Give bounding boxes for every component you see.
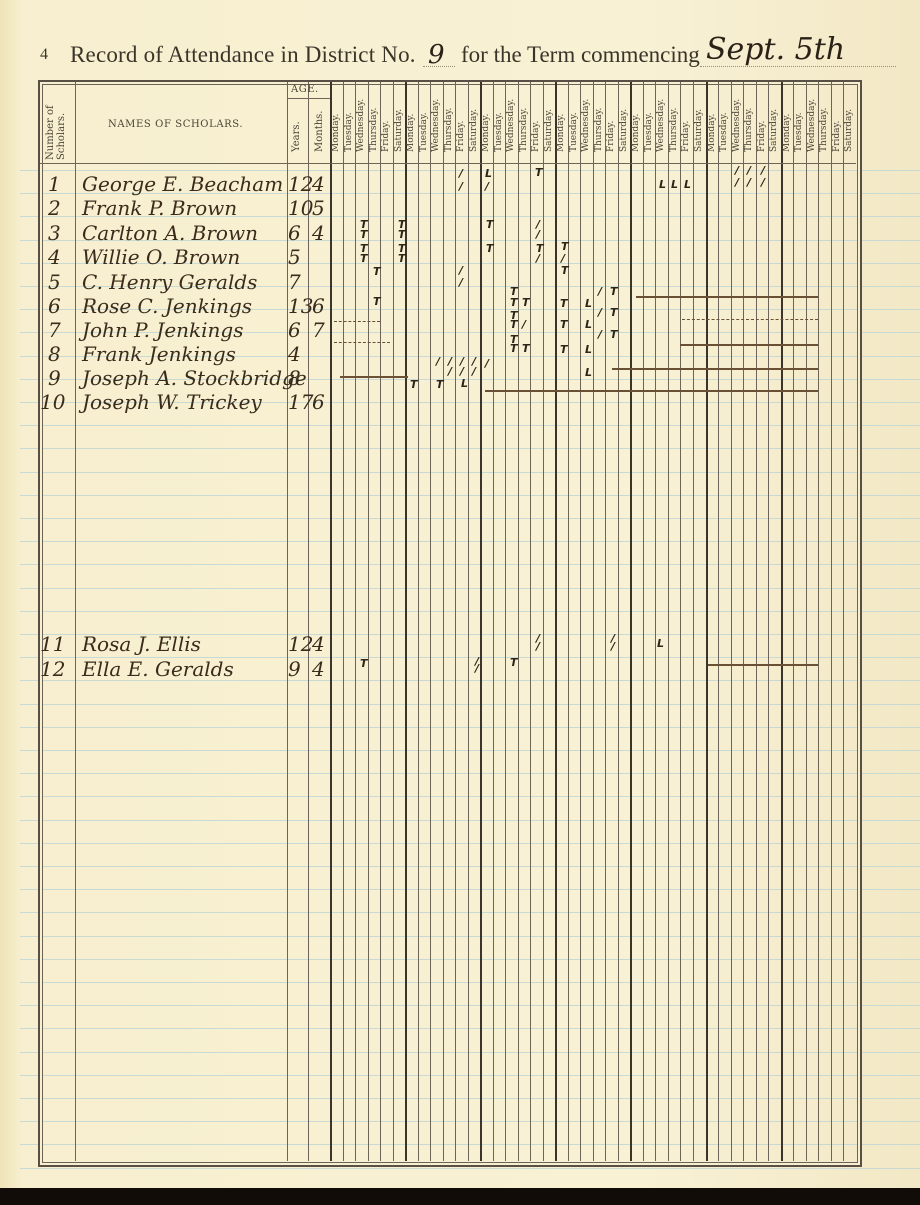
attendance-mark: L [585, 343, 592, 356]
age-months: 4 [312, 172, 325, 196]
age-years: 9 [288, 657, 301, 681]
day-column-divider [343, 82, 344, 1161]
scholar-name: George E. Beacham [82, 172, 283, 196]
scholar-name: Frank P. Brown [82, 196, 237, 220]
day-header-monday: Monday. [331, 114, 341, 152]
scholar-number: 4 [48, 245, 61, 269]
day-column-divider [393, 82, 394, 1161]
day-header-saturday: Saturday. [469, 109, 479, 152]
withdrawal-dashed-line [334, 321, 380, 322]
attendance-mark: T [486, 242, 494, 255]
ledger-page: 4 Record of Attendance in District No. 9… [0, 0, 920, 1188]
day-column-divider [418, 82, 419, 1161]
age-months: 4 [312, 632, 325, 656]
day-column-divider [781, 82, 783, 1161]
day-column-divider [743, 82, 744, 1161]
record-title: Record of Attendance in District No. [70, 42, 416, 68]
scholar-number: 3 [48, 221, 61, 245]
day-column-divider [505, 82, 506, 1161]
day-header-tuesday: Tuesday. [794, 112, 804, 152]
age-underline [287, 98, 330, 99]
day-header-tuesday: Tuesday. [344, 112, 354, 152]
day-column-divider [618, 82, 619, 1161]
day-header-wednesday: Wednesday. [581, 99, 591, 152]
day-column-divider [518, 82, 519, 1161]
scholar-number: 8 [48, 342, 61, 366]
attendance-mark: / [459, 167, 463, 180]
district-number: 9 [428, 40, 445, 70]
scholar-name: John P. Jenkings [82, 318, 244, 342]
attendance-mark: T [560, 318, 568, 331]
attendance-mark: / [598, 285, 602, 298]
scholar-number: 1 [48, 172, 61, 196]
attendance-mark: L [585, 297, 592, 310]
day-header-friday: Friday. [681, 121, 691, 152]
day-header-tuesday: Tuesday. [419, 112, 429, 152]
age-years: 10 [288, 196, 313, 220]
attendance-mark: T [510, 342, 518, 355]
attendance-mark: L [461, 377, 468, 390]
attendance-mark: / [475, 662, 479, 675]
attendance-mark: / [598, 328, 602, 341]
scholar-name: Joseph A. Stockbridge [82, 366, 307, 390]
age-years: 8 [288, 366, 301, 390]
day-header-wednesday: Wednesday. [356, 99, 366, 152]
day-header-wednesday: Wednesday. [732, 99, 742, 152]
withdrawal-line [708, 664, 818, 666]
attendance-mark: L [585, 318, 592, 331]
day-column-divider [693, 82, 694, 1161]
attendance-mark: L [671, 178, 678, 191]
day-header-monday: Monday. [707, 114, 717, 152]
page-header: 4 Record of Attendance in District No. 9… [38, 42, 898, 72]
names-of-scholars-header: NAMES OF SCHOLARS. [108, 119, 243, 130]
scholar-row: 11Rosa J. Ellis124 [0, 632, 330, 656]
day-column-divider [530, 82, 531, 1161]
age-years: 6 [288, 318, 301, 342]
attendance-mark: T [610, 285, 618, 298]
day-header-saturday: Saturday. [394, 109, 404, 152]
day-column-divider [455, 82, 456, 1161]
withdrawal-dashed-line [334, 342, 390, 343]
day-column-divider [818, 82, 819, 1161]
day-column-divider [831, 82, 832, 1161]
day-header-thursday: Thursday. [444, 108, 454, 152]
attendance-mark: L [659, 178, 666, 191]
scholar-row: 10Joseph W. Trickey176 [0, 390, 330, 414]
scholar-name: Rose C. Jenkings [82, 294, 252, 318]
attendance-mark: T [510, 656, 518, 669]
scholar-row: 8Frank Jenkings4 [0, 342, 330, 366]
attendance-mark: / [436, 355, 440, 368]
day-column-divider [605, 82, 606, 1161]
attendance-mark: / [735, 176, 739, 189]
attendance-mark: T [510, 318, 518, 331]
attendance-mark: / [485, 357, 489, 370]
day-header-tuesday: Tuesday. [569, 112, 579, 152]
day-column-divider [480, 82, 482, 1161]
day-column-divider [793, 82, 794, 1161]
scholar-name: Willie O. Brown [82, 245, 240, 269]
age-months: 7 [312, 318, 325, 342]
attendance-mark: T [410, 378, 418, 391]
day-header-wednesday: Wednesday. [431, 99, 441, 152]
day-column-divider [731, 82, 732, 1161]
day-column-divider [706, 82, 708, 1161]
day-header-monday: Monday. [481, 114, 491, 152]
day-header-friday: Friday. [456, 121, 466, 152]
years-header: Years. [291, 121, 302, 152]
attendance-mark: T [398, 252, 406, 265]
attendance-mark: / [448, 365, 452, 378]
attendance-mark: / [485, 180, 489, 193]
day-column-divider [593, 82, 594, 1161]
day-column-divider [580, 82, 581, 1161]
day-header-thursday: Thursday. [819, 108, 829, 152]
withdrawal-line [636, 296, 818, 298]
day-header-wednesday: Wednesday. [807, 99, 817, 152]
attendance-mark: T [610, 328, 618, 341]
scholar-number: 6 [48, 294, 61, 318]
attendance-mark: T [561, 264, 569, 277]
day-header-wednesday: Wednesday. [506, 99, 516, 152]
scholar-number: 12 [40, 657, 65, 681]
page-number: 4 [40, 46, 48, 64]
scholar-name: Ella E. Geralds [82, 657, 234, 681]
day-column-divider [806, 82, 807, 1161]
day-header-saturday: Saturday. [769, 109, 779, 152]
day-column-divider [380, 82, 381, 1161]
scholar-name: Joseph W. Trickey [82, 390, 262, 414]
scholar-number: 10 [40, 390, 65, 414]
day-column-divider [355, 82, 356, 1161]
scholar-row: 7John P. Jenkings67 [0, 318, 330, 342]
attendance-mark: T [360, 228, 368, 241]
attendance-mark: L [657, 637, 664, 650]
attendance-mark: L [485, 167, 492, 180]
age-years: 12 [288, 172, 313, 196]
day-column-divider [555, 82, 557, 1161]
scholar-number: 9 [48, 366, 61, 390]
scholar-name: Rosa J. Ellis [82, 632, 201, 656]
day-header-thursday: Thursday. [669, 108, 679, 152]
age-years: 17 [288, 390, 313, 414]
day-column-divider [443, 82, 444, 1161]
day-header-thursday: Thursday. [594, 108, 604, 152]
day-header-monday: Monday. [631, 114, 641, 152]
day-column-divider [368, 82, 369, 1161]
day-column-divider [468, 82, 469, 1161]
day-header-monday: Monday. [406, 114, 416, 152]
scholar-row: 4Willie O. Brown5 [0, 245, 330, 269]
scholar-name: Frank Jenkings [82, 342, 236, 366]
header-bottom-rule [40, 163, 856, 164]
attendance-mark: / [522, 318, 526, 331]
attendance-mark: / [761, 176, 765, 189]
months-header: Months. [314, 111, 325, 152]
attendance-mark: T [560, 343, 568, 356]
scholar-row: 1George E. Beacham124 [0, 172, 330, 196]
day-column-divider [843, 82, 844, 1161]
day-column-divider [768, 82, 769, 1161]
day-header-wednesday: Wednesday. [656, 99, 666, 152]
attendance-mark: T [560, 297, 568, 310]
age-months: 6 [312, 294, 325, 318]
page-edge-shadow [0, 1188, 920, 1205]
day-header-friday: Friday. [606, 121, 616, 152]
day-header-saturday: Saturday. [694, 109, 704, 152]
withdrawal-dashed-line [682, 319, 818, 320]
day-column-divider [430, 82, 431, 1161]
day-column-divider [655, 82, 656, 1161]
attendance-mark: T [610, 306, 618, 319]
attendance-mark: / [536, 228, 540, 241]
attendance-mark: T [535, 166, 543, 179]
day-header-tuesday: Tuesday. [644, 112, 654, 152]
day-header-thursday: Thursday. [744, 108, 754, 152]
attendance-mark: T [510, 296, 518, 309]
scholar-row: 3Carlton A. Brown64 [0, 221, 330, 245]
day-header-friday: Friday. [832, 121, 842, 152]
day-header-saturday: Saturday. [544, 109, 554, 152]
day-header-monday: Monday. [782, 114, 792, 152]
attendance-mark: T [360, 657, 368, 670]
age-months: 4 [312, 657, 325, 681]
day-header-friday: Friday. [757, 121, 767, 152]
scholar-name: Carlton A. Brown [82, 221, 258, 245]
age-years: 5 [288, 245, 301, 269]
day-header-tuesday: Tuesday. [719, 112, 729, 152]
scholar-name: C. Henry Geralds [82, 270, 257, 294]
withdrawal-line [485, 390, 818, 392]
scholar-row: 5C. Henry Geralds7 [0, 270, 330, 294]
day-column-divider [718, 82, 719, 1161]
age-years: 7 [288, 270, 301, 294]
day-header-saturday: Saturday. [844, 109, 854, 152]
attendance-mark: T [398, 228, 406, 241]
ruled-line [20, 1168, 920, 1169]
withdrawal-line [340, 376, 408, 378]
attendance-mark: T [522, 296, 530, 309]
attendance-mark: T [486, 218, 494, 231]
attendance-mark: T [373, 265, 381, 278]
age-years: 4 [288, 342, 301, 366]
scholar-number: 2 [48, 196, 61, 220]
day-header-friday: Friday. [381, 121, 391, 152]
day-header-tuesday: Tuesday. [494, 112, 504, 152]
attendance-mark: / [747, 176, 751, 189]
scholar-row: 2Frank P. Brown105 [0, 196, 330, 220]
day-header-saturday: Saturday. [619, 109, 629, 152]
withdrawal-line [680, 344, 818, 346]
number-of-scholars-header: Number of Scholars. [45, 90, 67, 160]
attendance-mark: T [522, 342, 530, 355]
scholar-row: 9Joseph A. Stockbridge8 [0, 366, 330, 390]
age-months: 4 [312, 221, 325, 245]
age-years: 6 [288, 221, 301, 245]
day-column-divider [643, 82, 644, 1161]
scholar-number: 7 [48, 318, 61, 342]
attendance-mark: / [472, 365, 476, 378]
attendance-mark: / [611, 640, 615, 653]
scholar-row: 6Rose C. Jenkings136 [0, 294, 330, 318]
age-years: 12 [288, 632, 313, 656]
day-column-divider [630, 82, 632, 1161]
attendance-mark: L [585, 366, 592, 379]
scholar-number: 5 [48, 270, 61, 294]
age-years: 13 [288, 294, 313, 318]
withdrawal-line [612, 368, 818, 370]
day-header-thursday: Thursday. [519, 108, 529, 152]
age-header: AGE. [291, 84, 319, 95]
day-column-divider [756, 82, 757, 1161]
attendance-mark: / [536, 252, 540, 265]
column-divider [330, 82, 332, 1161]
attendance-mark: / [459, 180, 463, 193]
attendance-mark: / [459, 276, 463, 289]
scholar-number: 11 [40, 632, 65, 656]
scholar-row: 12Ella E. Geralds94 [0, 657, 330, 681]
day-column-divider [680, 82, 681, 1161]
age-months: 5 [312, 196, 325, 220]
attendance-mark: / [598, 306, 602, 319]
day-header-friday: Friday. [531, 121, 541, 152]
age-months: 6 [312, 390, 325, 414]
day-header-monday: Monday. [556, 114, 566, 152]
day-header-thursday: Thursday. [369, 108, 379, 152]
attendance-mark: T [436, 378, 444, 391]
attendance-mark: T [360, 252, 368, 265]
attendance-mark: L [684, 178, 691, 191]
attendance-mark: T [373, 295, 381, 308]
term-label: for the Term commencing [461, 42, 700, 68]
day-column-divider [668, 82, 669, 1161]
term-start-date: Sept. 5th [706, 32, 845, 67]
attendance-mark: / [536, 640, 540, 653]
